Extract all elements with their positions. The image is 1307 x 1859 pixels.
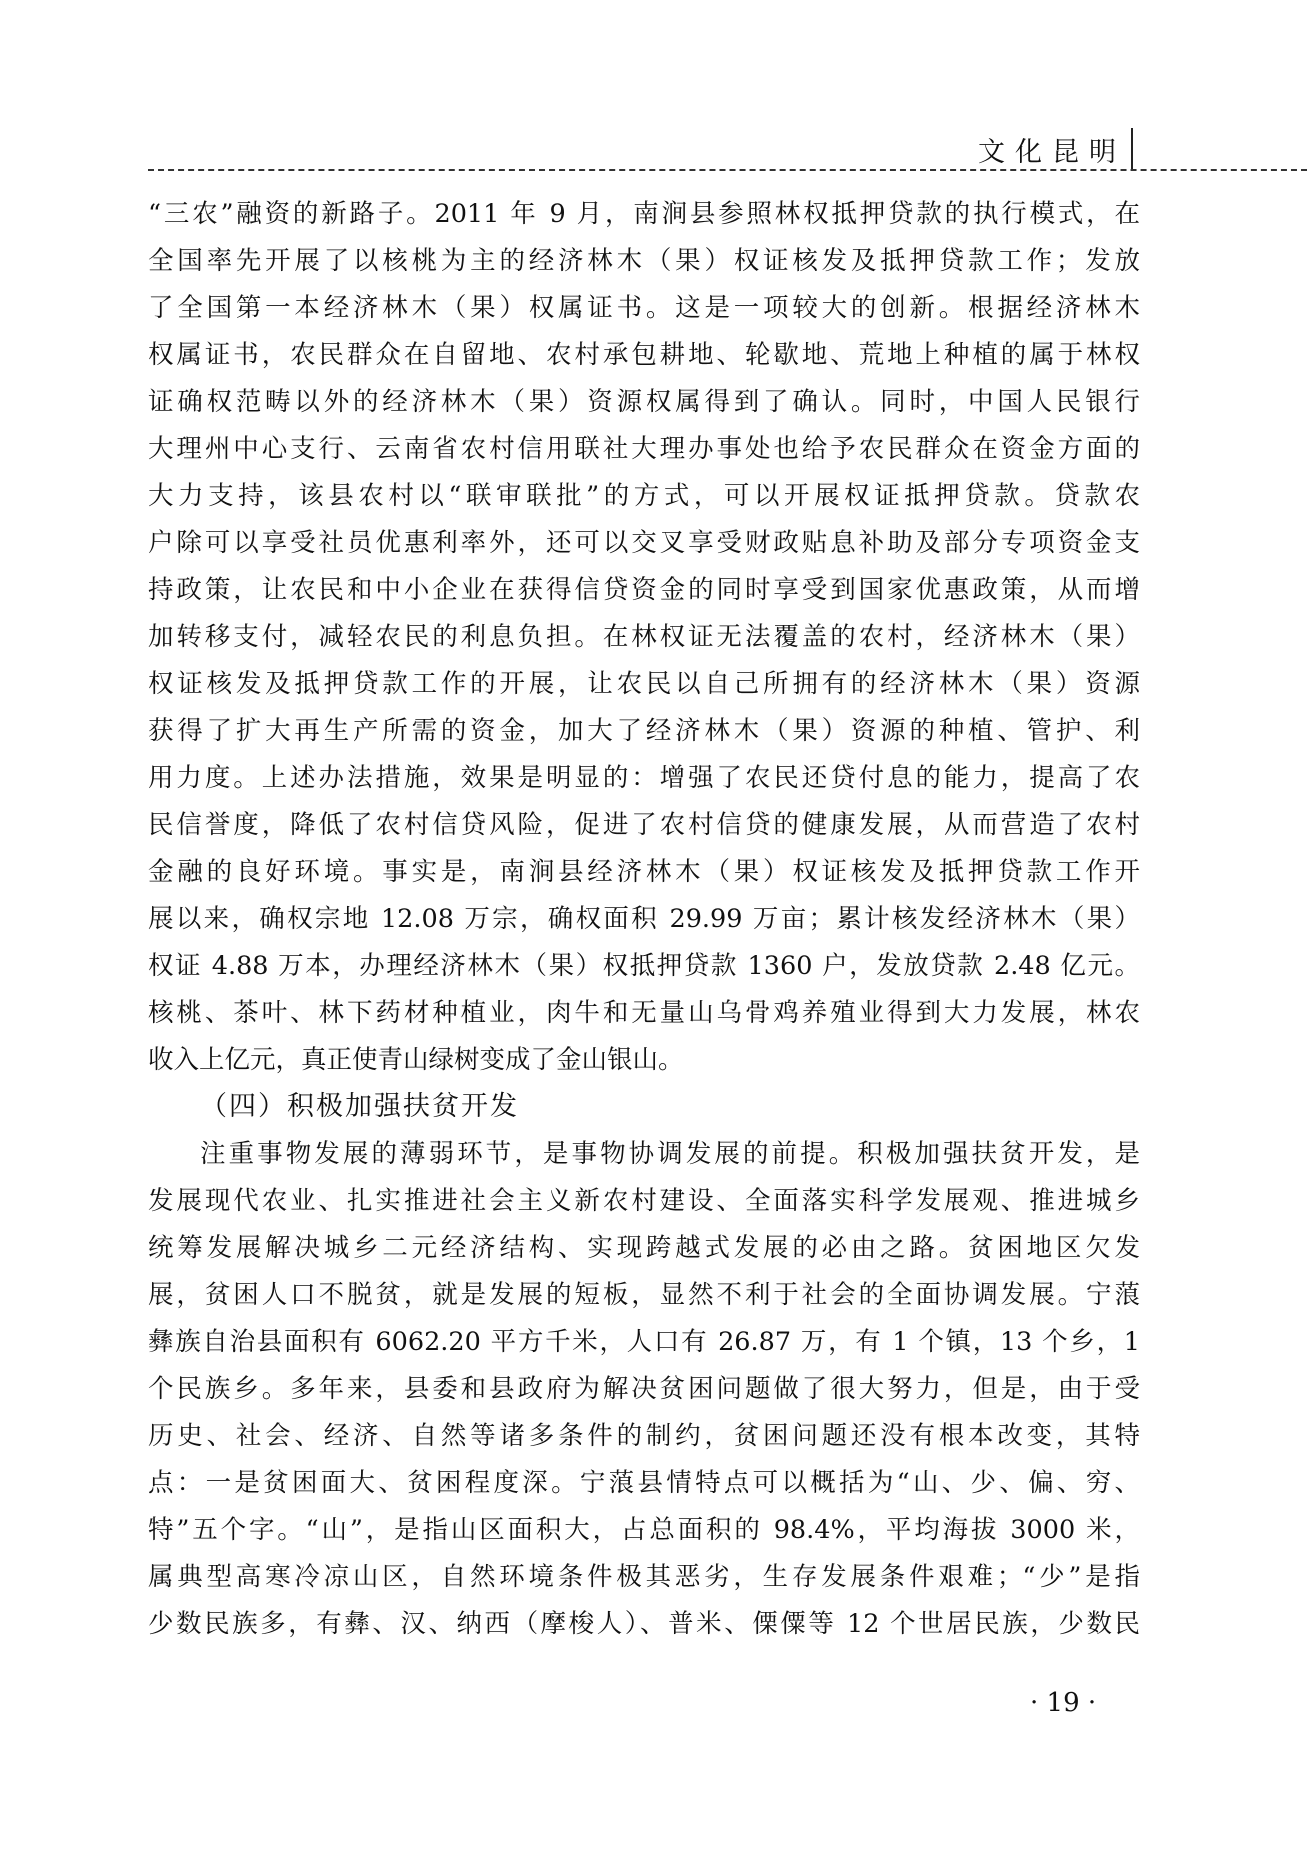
header-vertical-rule xyxy=(1131,128,1133,170)
text-line: 发展现代农业、扎实推进社会主义新农村建设、全面落实科学发展观、推进城乡 xyxy=(148,1183,1140,1219)
text-line: 权证核发及抵押贷款工作的开展，让农民以自己所拥有的经济林木（果）资源 xyxy=(148,666,1140,702)
text-line: 个民族乡。多年来，县委和县政府为解决贫困问题做了很大努力，但是，由于受 xyxy=(148,1371,1140,1407)
text-line: 用力度。上述办法措施，效果是明显的：增强了农民还贷付息的能力，提高了农 xyxy=(148,760,1140,796)
text-line: 属典型高寒冷凉山区，自然环境条件极其恶劣，生存发展条件艰难；“少”是指 xyxy=(148,1559,1140,1595)
text-line: 全国率先开展了以核桃为主的经济林木（果）权证核发及抵押贷款工作；发放 xyxy=(148,243,1140,279)
text-line: 展以来，确权宗地 12.08 万宗，确权面积 29.99 万亩；累计核发经济林木… xyxy=(148,901,1140,937)
section-heading: （四）积极加强扶贫开发 xyxy=(200,1089,519,1125)
text-line: 持政策，让农民和中小企业在获得信贷资金的同时享受到国家优惠政策，从而增 xyxy=(148,572,1140,608)
text-line: 核桃、茶叶、林下药材种植业，肉牛和无量山乌骨鸡养殖业得到大力发展，林农 xyxy=(148,995,1140,1031)
text-line: 少数民族多，有彝、汉、纳西（摩梭人）、普米、傈僳等 12 个世居民族，少数民 xyxy=(148,1606,1140,1642)
page-number: · 19 · xyxy=(1030,1688,1096,1718)
text-line: 点：一是贫困面大、贫困程度深。宁蒗县情特点可以概括为“山、少、偏、穷、 xyxy=(148,1465,1140,1501)
text-line: 加转移支付，减轻农民的利息负担。在林权证无法覆盖的农村，经济林木（果） xyxy=(148,619,1140,655)
text-line: “三农”融资的新路子。2011 年 9 月，南涧县参照林权抵押贷款的执行模式，在 xyxy=(148,196,1140,232)
text-line: 了全国第一本经济林木（果）权属证书。这是一项较大的创新。根据经济林木 xyxy=(148,290,1140,326)
text-line: 注重事物发展的薄弱环节，是事物协调发展的前提。积极加强扶贫开发，是 xyxy=(148,1136,1140,1172)
text-line: 展，贫困人口不脱贫，就是发展的短板，显然不利于社会的全面协调发展。宁蒗 xyxy=(148,1277,1140,1313)
text-line: 大力支持，该县农村以“联审联批”的方式，可以开展权证抵押贷款。贷款农 xyxy=(148,478,1140,514)
text-line: 大理州中心支行、云南省农村信用联社大理办事处也给予农民群众在资金方面的 xyxy=(148,431,1140,467)
text-line: 权证 4.88 万本，办理经济林木（果）权抵押贷款 1360 户，发放贷款 2.… xyxy=(148,948,1140,984)
text-line: 户除可以享受社员优惠利率外，还可以交叉享受财政贴息补助及部分专项资金支 xyxy=(148,525,1140,561)
text-line: 民信誉度，降低了农村信贷风险，促进了农村信贷的健康发展，从而营造了农村 xyxy=(148,807,1140,843)
text-line: 彝族自治县面积有 6062.20 平方千米，人口有 26.87 万，有 1 个镇… xyxy=(148,1324,1140,1360)
text-line: 权属证书，农民群众在自留地、农村承包耕地、轮歇地、荒地上种植的属于林权 xyxy=(148,337,1140,373)
text-line: 统筹发展解决城乡二元经济结构、实现跨越式发展的必由之路。贫困地区欠发 xyxy=(148,1230,1140,1266)
text-line: 收入上亿元，真正使青山绿树变成了金山银山。 xyxy=(148,1042,1140,1078)
text-line: 历史、社会、经济、自然等诸多条件的制约，贫困问题还没有根本改变，其特 xyxy=(148,1418,1140,1454)
text-line: 金融的良好环境。事实是，南涧县经济林木（果）权证核发及抵押贷款工作开 xyxy=(148,854,1140,890)
header-dashed-rule xyxy=(148,169,1307,171)
running-header-title: 文化昆明 xyxy=(978,130,1126,169)
text-line: 证确权范畴以外的经济林木（果）资源权属得到了确认。同时，中国人民银行 xyxy=(148,384,1140,420)
text-line: 特”五个字。“山”，是指山区面积大，占总面积的 98.4%，平均海拔 3000 … xyxy=(148,1512,1140,1548)
text-line: 获得了扩大再生产所需的资金，加大了经济林木（果）资源的种植、管护、利 xyxy=(148,713,1140,749)
